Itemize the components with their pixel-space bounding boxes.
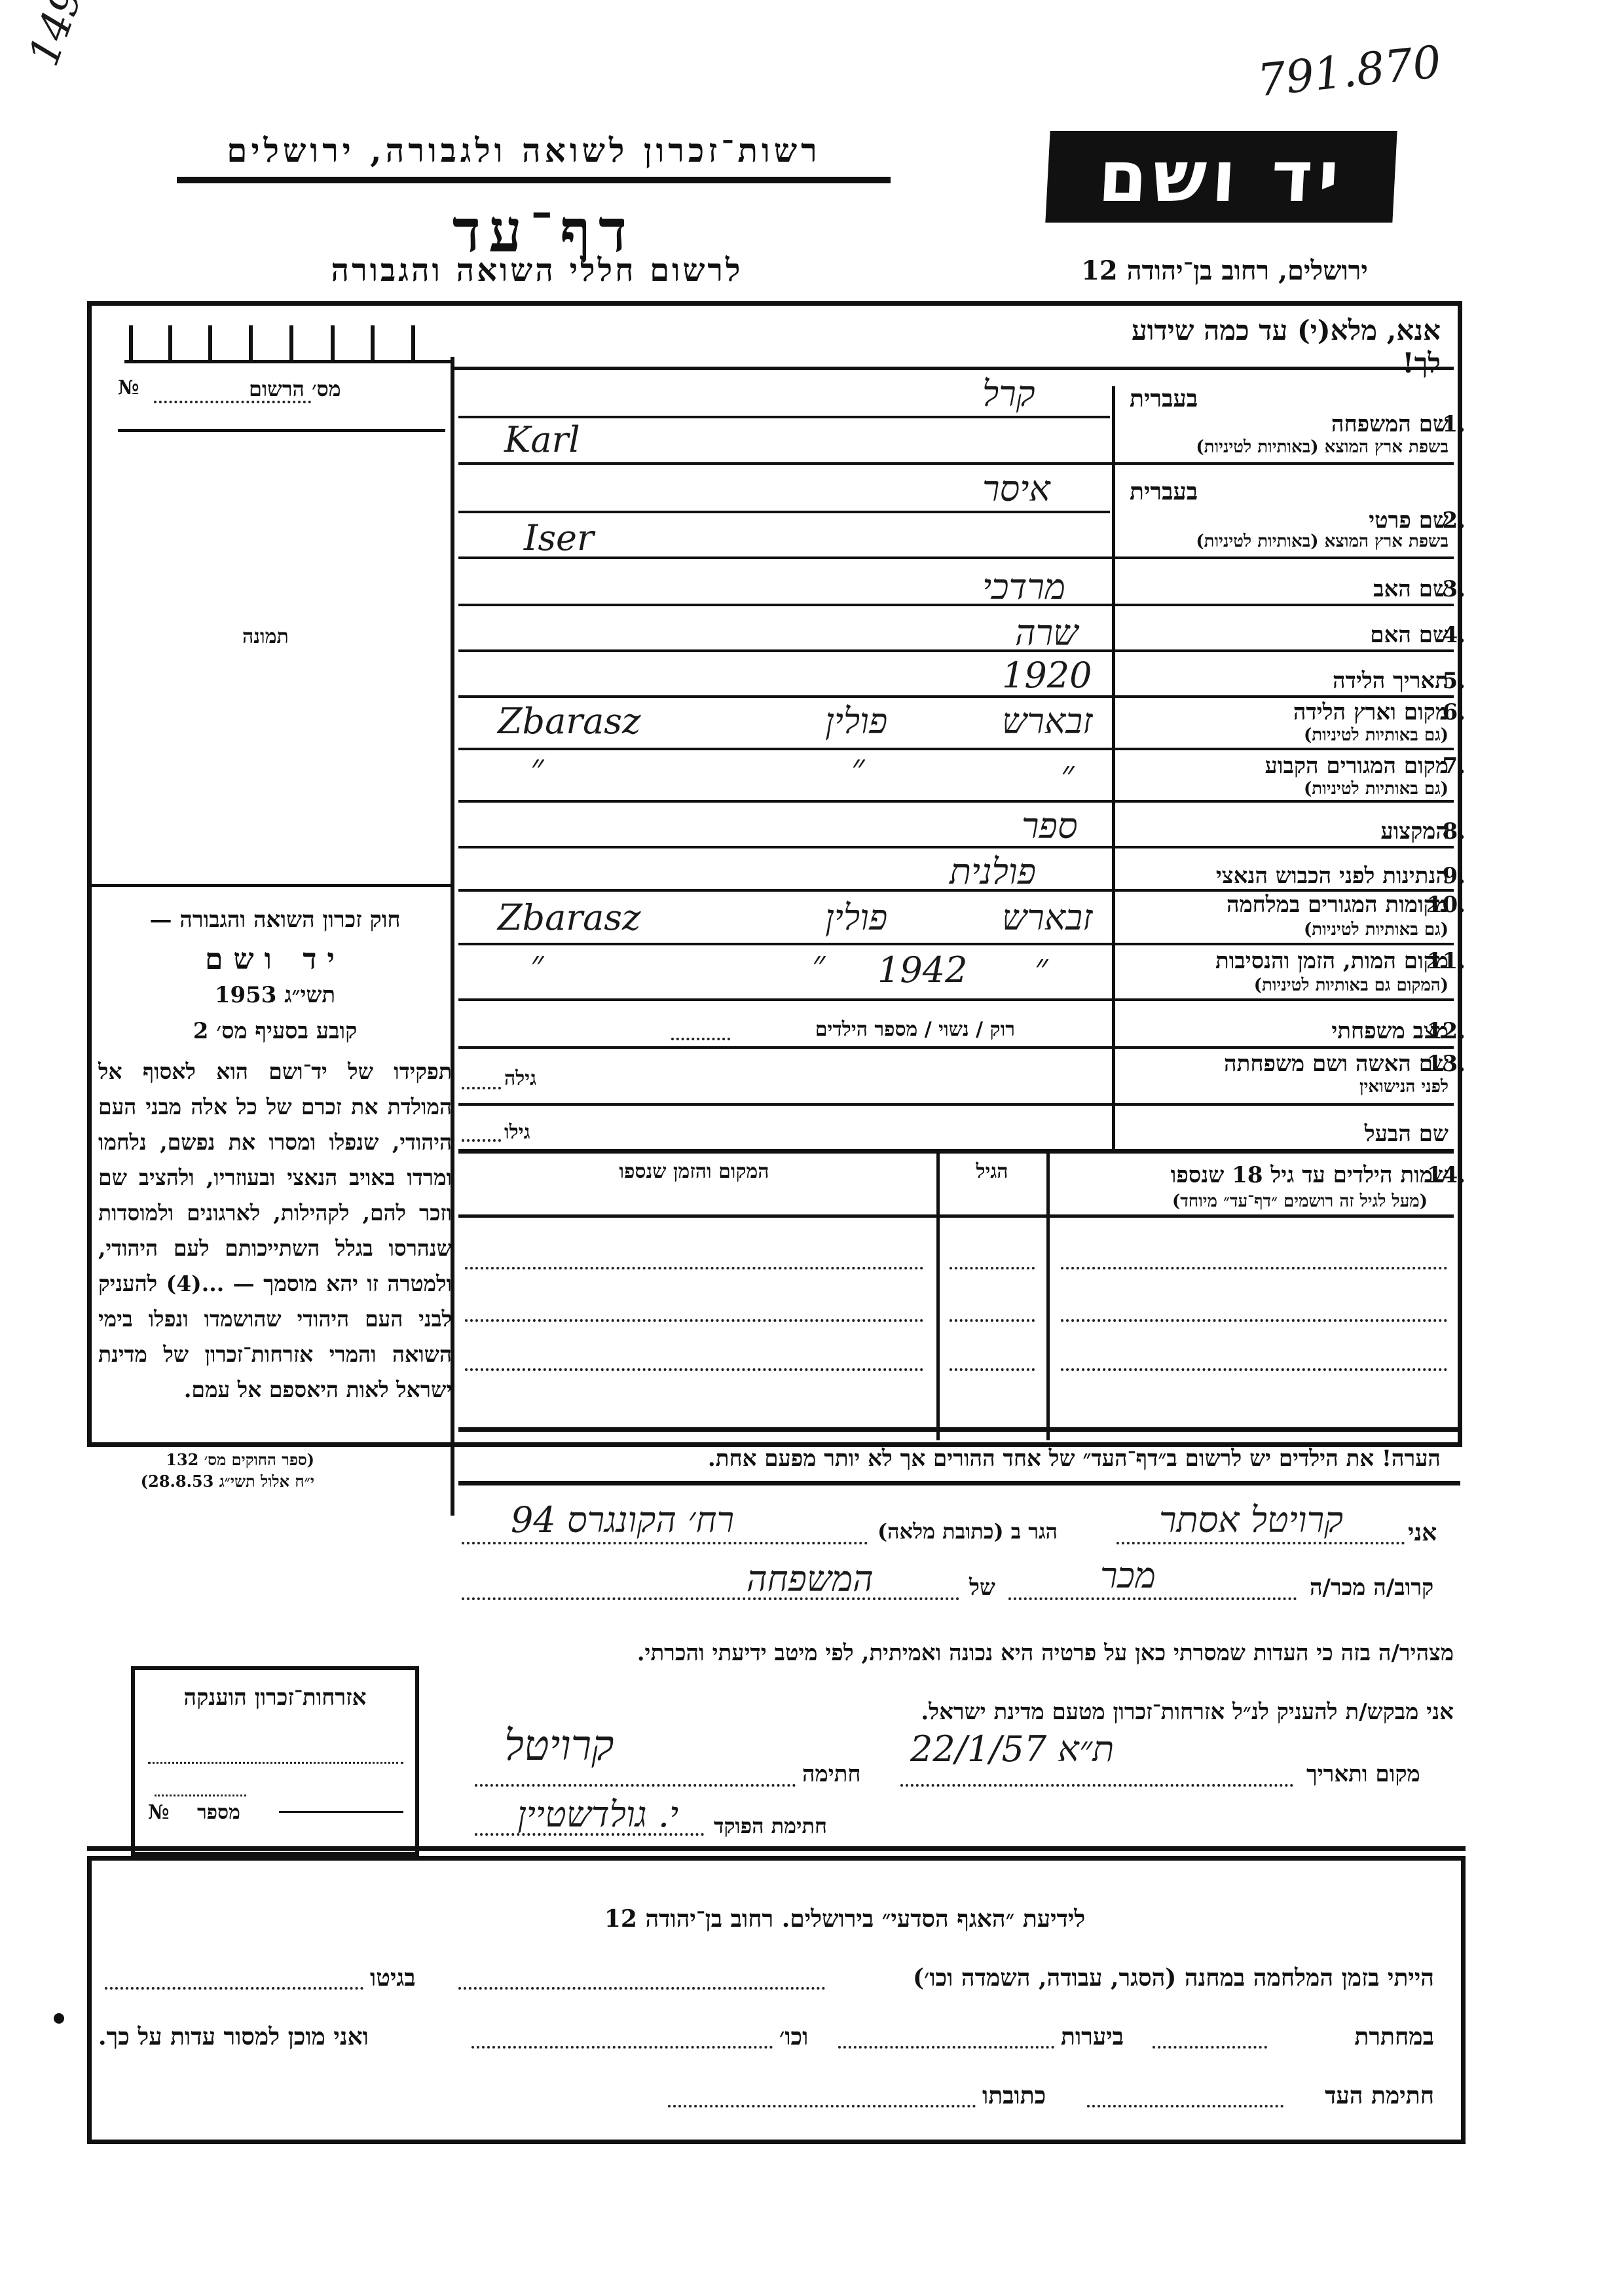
section-double-rule [87, 1846, 1466, 1851]
field-3-value[interactable]: מרדכי [982, 566, 1065, 608]
stamp-title: אזרחות־זכרון הוענקה [135, 1685, 415, 1711]
field-1-sublabel: בשפת ארץ המוצא (באותיות לטיניות) [1196, 437, 1449, 457]
field-line [458, 846, 1454, 848]
ruler-tick [411, 325, 415, 363]
field-6-town-value[interactable]: זבארש [1002, 701, 1092, 742]
reference-number: 791.870 [1255, 37, 1444, 107]
forests-field[interactable] [838, 2046, 1054, 2049]
ruler-tick [249, 325, 253, 363]
field-line [458, 943, 1454, 945]
field-11-ditto-right[interactable]: ״ [1035, 946, 1048, 987]
children-count-field[interactable] [671, 1038, 730, 1040]
header-rule [177, 177, 891, 183]
official-signature-label: חתימת הפוקד [714, 1813, 827, 1838]
field-line [458, 1046, 1454, 1049]
field-11-year-value[interactable]: 1942 [877, 949, 967, 991]
stamp-number-field[interactable] [155, 1795, 246, 1796]
field-11-label: מקום המות, הזמן והנסיבות [1215, 948, 1449, 974]
husband-age-label: גילו [504, 1121, 530, 1144]
field-6-sublabel: (גם באותיות לטיניות) [1304, 725, 1449, 745]
of-label: של [969, 1575, 995, 1601]
field-7-sublabel: (גם באותיות לטיניות) [1304, 779, 1449, 799]
field-4-value[interactable]: שרה [1015, 612, 1078, 653]
stamp-line [279, 1811, 403, 1813]
field-6-latin-value[interactable]: Zbarasz [498, 701, 640, 742]
field-9-value[interactable]: פולנית [950, 851, 1036, 892]
etc-field[interactable] [471, 2046, 773, 2049]
field-7-ditto-left[interactable]: ״ [530, 746, 544, 788]
organization-name: רשות־זכרון לשואה ולגבורה, ירושלים [177, 131, 871, 170]
witness-signature-field[interactable] [1087, 2105, 1283, 2107]
field-7-ditto-mid[interactable]: ״ [851, 746, 865, 788]
ruler-tick [371, 325, 375, 363]
field-line [458, 511, 1110, 513]
underground-label: במחתרת [1354, 2023, 1434, 2050]
child-name-field[interactable] [1061, 1267, 1447, 1269]
field-line [458, 604, 1454, 606]
yad-vashem-logo: יד ושם [1045, 131, 1397, 223]
witness-address-field[interactable] [668, 2105, 976, 2107]
stamp-number-label: מספר [197, 1801, 240, 1824]
law-citation-2: י״ח אלול תשי״ג 28.8.53) [98, 1472, 314, 1491]
child-name-field[interactable] [1061, 1368, 1447, 1371]
ruler-tick [168, 325, 172, 363]
punch-hole-mark [54, 2013, 64, 2024]
citizenship-stamp-box: אזרחות־זכרון הוענקה מספר № [131, 1666, 419, 1856]
form-subtitle: לרשום חללי השואה והגבורה [249, 252, 825, 289]
field-11-sublabel: (המקום גם באותיות לטיניות) [1254, 975, 1449, 995]
divider [118, 429, 445, 432]
field-line [458, 695, 1454, 698]
marginal-handwritten-note: פ/149 [20, 0, 105, 72]
of-line [462, 1597, 959, 1600]
field-2-hebrew-value[interactable]: איסר [982, 468, 1050, 509]
camp-line-label: הייתי בזמן המלחמה במחנה (הסגר, עבודה, הש… [913, 1964, 1434, 1992]
field-6-country-value[interactable]: פולין [825, 701, 887, 742]
child-place-time-field[interactable] [465, 1267, 923, 1269]
children-col-divider [1046, 1152, 1050, 1440]
ruler-baseline [124, 360, 452, 363]
husband-age-field[interactable] [462, 1139, 501, 1142]
ruler-tick [208, 325, 212, 363]
underground-field[interactable] [1153, 2046, 1267, 2049]
field-line [458, 1103, 1454, 1106]
forests-label: ביערות [1061, 2023, 1124, 2050]
willing-to-testify-text: ואני מוכן למסור עדות על כך. [98, 2023, 369, 2050]
divider [92, 884, 452, 887]
official-signature[interactable]: י. גולדשטיין [517, 1794, 678, 1835]
child-age-field[interactable] [950, 1368, 1035, 1371]
field-4-label: שם האם [1370, 622, 1449, 648]
ruler-tick [289, 325, 293, 363]
field-1-label: שם המשפחה [1331, 411, 1449, 437]
field-14-label: שמות הילדים עד גיל 18 שנספו [1171, 1162, 1449, 1188]
of-value[interactable]: המשפחה [747, 1558, 874, 1599]
child-place-time-field[interactable] [465, 1368, 923, 1371]
field-7-ditto-right[interactable]: ״ [1061, 753, 1075, 794]
law-section: קובע בסעיף מס׳ 2 [98, 1018, 452, 1044]
field-3-label: שם האב [1373, 576, 1449, 602]
child-age-field[interactable] [950, 1319, 1035, 1322]
place-date-label: מקום ותאריך [1306, 1761, 1420, 1787]
section-rule [458, 1149, 1454, 1154]
stamp-number-symbol: № [148, 1801, 170, 1824]
field-2-sublabel: בשפת ארץ המוצא (באותיות לטיניות) [1196, 532, 1449, 551]
witness-name-value[interactable]: קרויטל אסתר [1159, 1499, 1343, 1540]
child-name-field[interactable] [1061, 1319, 1447, 1322]
field-2-hebrew-label: בעברית [1130, 478, 1198, 505]
field-13-sublabel: לפני הנישואין [1359, 1077, 1449, 1097]
child-age-field[interactable] [950, 1267, 1035, 1269]
declaration-i-label: אני [1408, 1519, 1437, 1546]
witness-signature-label: חתימת העד [1325, 2082, 1434, 2109]
child-place-time-field[interactable] [465, 1319, 923, 1322]
signature-label: חתימה [802, 1761, 860, 1787]
witness-signature[interactable]: קרויטל [504, 1722, 614, 1770]
registration-number-field[interactable] [154, 401, 311, 403]
witness-address-label: כתובתו [982, 2082, 1046, 2109]
logo-text: יד ושם [1096, 136, 1346, 218]
witness-name-line [1116, 1542, 1405, 1544]
declaration-statement: מצהיר/ה בזה כי העדות שמסרתי כאן על פרטיה… [468, 1640, 1454, 1666]
field-line [458, 556, 1454, 559]
place-date-value[interactable]: ת״א 22/1/57 [910, 1728, 1114, 1770]
place-date-line [900, 1784, 1293, 1787]
column-header-age: הגיל [946, 1160, 1038, 1183]
field-10-country-value[interactable]: פולין [825, 897, 887, 938]
resides-label: הגר ב (כתובת מלאה) [877, 1519, 1058, 1544]
field-line [458, 800, 1454, 803]
registration-number-symbol: № [118, 376, 139, 399]
etc-label: וכו׳ [779, 2023, 808, 2050]
camp-field[interactable] [458, 1987, 825, 1990]
relation-value[interactable]: מכר [1100, 1555, 1156, 1596]
ruler-tick [129, 325, 133, 363]
field-1-hebrew-label: בעברית [1130, 385, 1198, 412]
relation-label: קרוב/ה מכר/ה [1310, 1575, 1433, 1601]
instruction: אנא, מלא(י) עד כמה שידוע לך! [1100, 314, 1441, 380]
field-12-label: מצב משפחתי [1331, 1018, 1449, 1044]
field-5-value[interactable]: 1920 [1002, 655, 1092, 696]
ghetto-field[interactable] [105, 1987, 363, 1990]
field-8-value[interactable]: ספר [1022, 805, 1078, 847]
field-10-latin-value[interactable]: Zbarasz [498, 897, 640, 938]
section-rule [458, 1427, 1460, 1432]
signature-line [475, 1784, 796, 1787]
ruler-tick [331, 325, 335, 363]
field-line [458, 462, 1454, 465]
column-header-place-time: המקום והזמן שנספו [458, 1160, 930, 1183]
field-12-options[interactable]: רוק / נשוי / מספר הילדים [733, 1018, 1015, 1041]
field-5-label: תאריך הלידה [1333, 668, 1449, 694]
registration-number-label: מס׳ הרשום [249, 376, 341, 401]
children-col-divider [936, 1152, 940, 1440]
address: ירושלים, רחוב בן־יהודה 12 [1061, 255, 1388, 286]
photo-label: תמונה [242, 625, 289, 648]
field-2-latin-value[interactable]: Iser [524, 517, 594, 558]
citizenship-request: אני מבקש/ת להעניק לנ״ל אזרחות־זכרון מטעם… [720, 1699, 1454, 1725]
underground-info-box [87, 1856, 1466, 2144]
law-body: תפקידו של יד־ושם הוא לאסוף אל המולדת את … [98, 1054, 452, 1408]
field-2-label: שם פרטי [1369, 507, 1449, 534]
address-line [462, 1542, 868, 1544]
bottom-section-title: לידיעת ״האגף הסדעי״ בירושלים. רחוב בן־יה… [498, 1905, 1192, 1933]
children-note: הערה! את הילדים יש לרשום ב״דף־העד״ של אח… [465, 1446, 1441, 1472]
field-1-hebrew-value[interactable]: קרל [982, 373, 1035, 414]
address-value[interactable]: רח׳ הקונגרס 94 [511, 1499, 734, 1540]
ghetto-label: בגיטו [370, 1964, 416, 1992]
field-line [458, 649, 1454, 652]
field-7-label: מקום המגורים הקבוע [1265, 753, 1449, 779]
field-10-label: מקומות המגורים במלחמה [1227, 892, 1449, 918]
field-13-label: שם האשה ושם משפחתה [1224, 1051, 1449, 1077]
field-11-ditto-mid[interactable]: ״ [812, 943, 826, 984]
instruction-rule [452, 367, 1454, 370]
section-rule [458, 1481, 1460, 1485]
field-11-ditto-left[interactable]: ״ [530, 943, 544, 984]
field-line [458, 998, 1454, 1001]
relation-line [1008, 1597, 1297, 1600]
field-10-sublabel: (גם באותיות לטיניות) [1304, 920, 1449, 939]
stamp-line [148, 1762, 403, 1764]
field-6-label: מקום וארץ הלידה [1293, 699, 1449, 725]
reg-label-text: מס׳ הרשום [249, 376, 341, 401]
field-line [458, 416, 1110, 418]
law-year: תשי״ג 1953 [98, 982, 452, 1008]
law-citation-1: (ספר החוקים מס׳ 132 [98, 1450, 314, 1470]
table-header-rule [458, 1214, 1454, 1218]
field-line [458, 748, 1454, 750]
law-title: חוק זכרון השואה והגבורה — [98, 907, 452, 933]
label-column-divider [1112, 386, 1115, 1149]
field-14-sublabel: (מעל לגיל זה רושמים ״דף־עד״ מיוחד) [1172, 1192, 1428, 1211]
field-1-latin-value[interactable]: Karl [504, 419, 580, 460]
husband-label: שם הבעל [1365, 1121, 1449, 1147]
field-10-town-value[interactable]: זבארש [1002, 897, 1092, 938]
field-8-label: המקצוע [1380, 818, 1449, 845]
wife-age-field[interactable] [462, 1087, 501, 1089]
field-9-label: הנתינות לפני הכבוש הנאצי [1216, 863, 1449, 889]
law-name: יד ושם [98, 943, 452, 976]
field-13-age-label: גילה [504, 1067, 536, 1090]
